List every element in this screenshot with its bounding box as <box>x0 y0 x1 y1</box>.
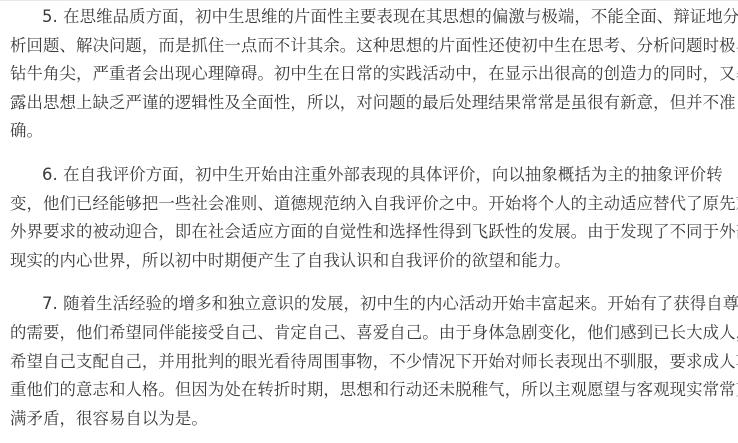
text-line: 确。 <box>10 117 732 146</box>
text-line: 6. 在自我评价方面，初中生开始由注重外部表现的具体评价，向以抽象概括为主的抽象… <box>10 161 732 190</box>
text-line: 满矛盾，很容易自以为是。 <box>10 405 732 434</box>
text-line: 露出思想上缺乏严谨的逻辑性及全面性，所以，对问题的最后处理结果常常是虽很有新意，… <box>10 89 732 118</box>
paragraph-6-self-evaluation: 6. 在自我评价方面，初中生开始由注重外部表现的具体评价，向以抽象概括为主的抽象… <box>10 161 732 275</box>
paragraph-7-inner-activity: 7. 随着生活经验的增多和独立意识的发展，初中生的内心活动开始丰富起来。开始有了… <box>10 290 732 433</box>
text-line: 5. 在思维品质方面，初中生思维的片面性主要表现在其思想的偏激与极端，不能全面、… <box>10 3 732 32</box>
text-line: 的需要，他们希望同伴能接受自己、肯定自己、喜爱自己。由于身体急剧变化，他们感到已… <box>10 319 732 348</box>
text-line: 钻牛角尖，严重者会出现心理障碍。初中生在日常的实践活动中，在显示出很高的创造力的… <box>10 60 732 89</box>
paragraph-5-thinking-quality: 5. 在思维品质方面，初中生思维的片面性主要表现在其思想的偏激与极端，不能全面、… <box>10 3 732 146</box>
text-line: 希望自己支配自己，并用批判的眼光看待周围事物，不少情况下开始对师长表现出不驯服，… <box>10 348 732 377</box>
article-body: 5. 在思维品质方面，初中生思维的片面性主要表现在其思想的偏激与极端，不能全面、… <box>10 3 732 443</box>
text-line: 现实的内心世界，所以初中时期便产生了自我认识和自我评价的欲望和能力。 <box>10 247 732 276</box>
text-line: 析回题、解决问题，而是抓住一点而不计其余。这种思想的片面性还使初中生在思考、分析… <box>10 32 732 61</box>
text-line: 7. 随着生活经验的增多和独立意识的发展，初中生的内心活动开始丰富起来。开始有了… <box>10 290 732 319</box>
text-line: 重他们的意志和人格。但因为处在转折时期，思想和行动还未脱稚气，所以主观愿望与客观… <box>10 376 732 405</box>
text-line: 外界要求的被动迎合，即在社会适应方面的自觉性和选择性得到飞跃性的发展。由于发现了… <box>10 218 732 247</box>
text-line: 变，他们已经能够把一些社会准则、道德规范纳入自我评价之中。开始将个人的主动适应替… <box>10 190 732 219</box>
